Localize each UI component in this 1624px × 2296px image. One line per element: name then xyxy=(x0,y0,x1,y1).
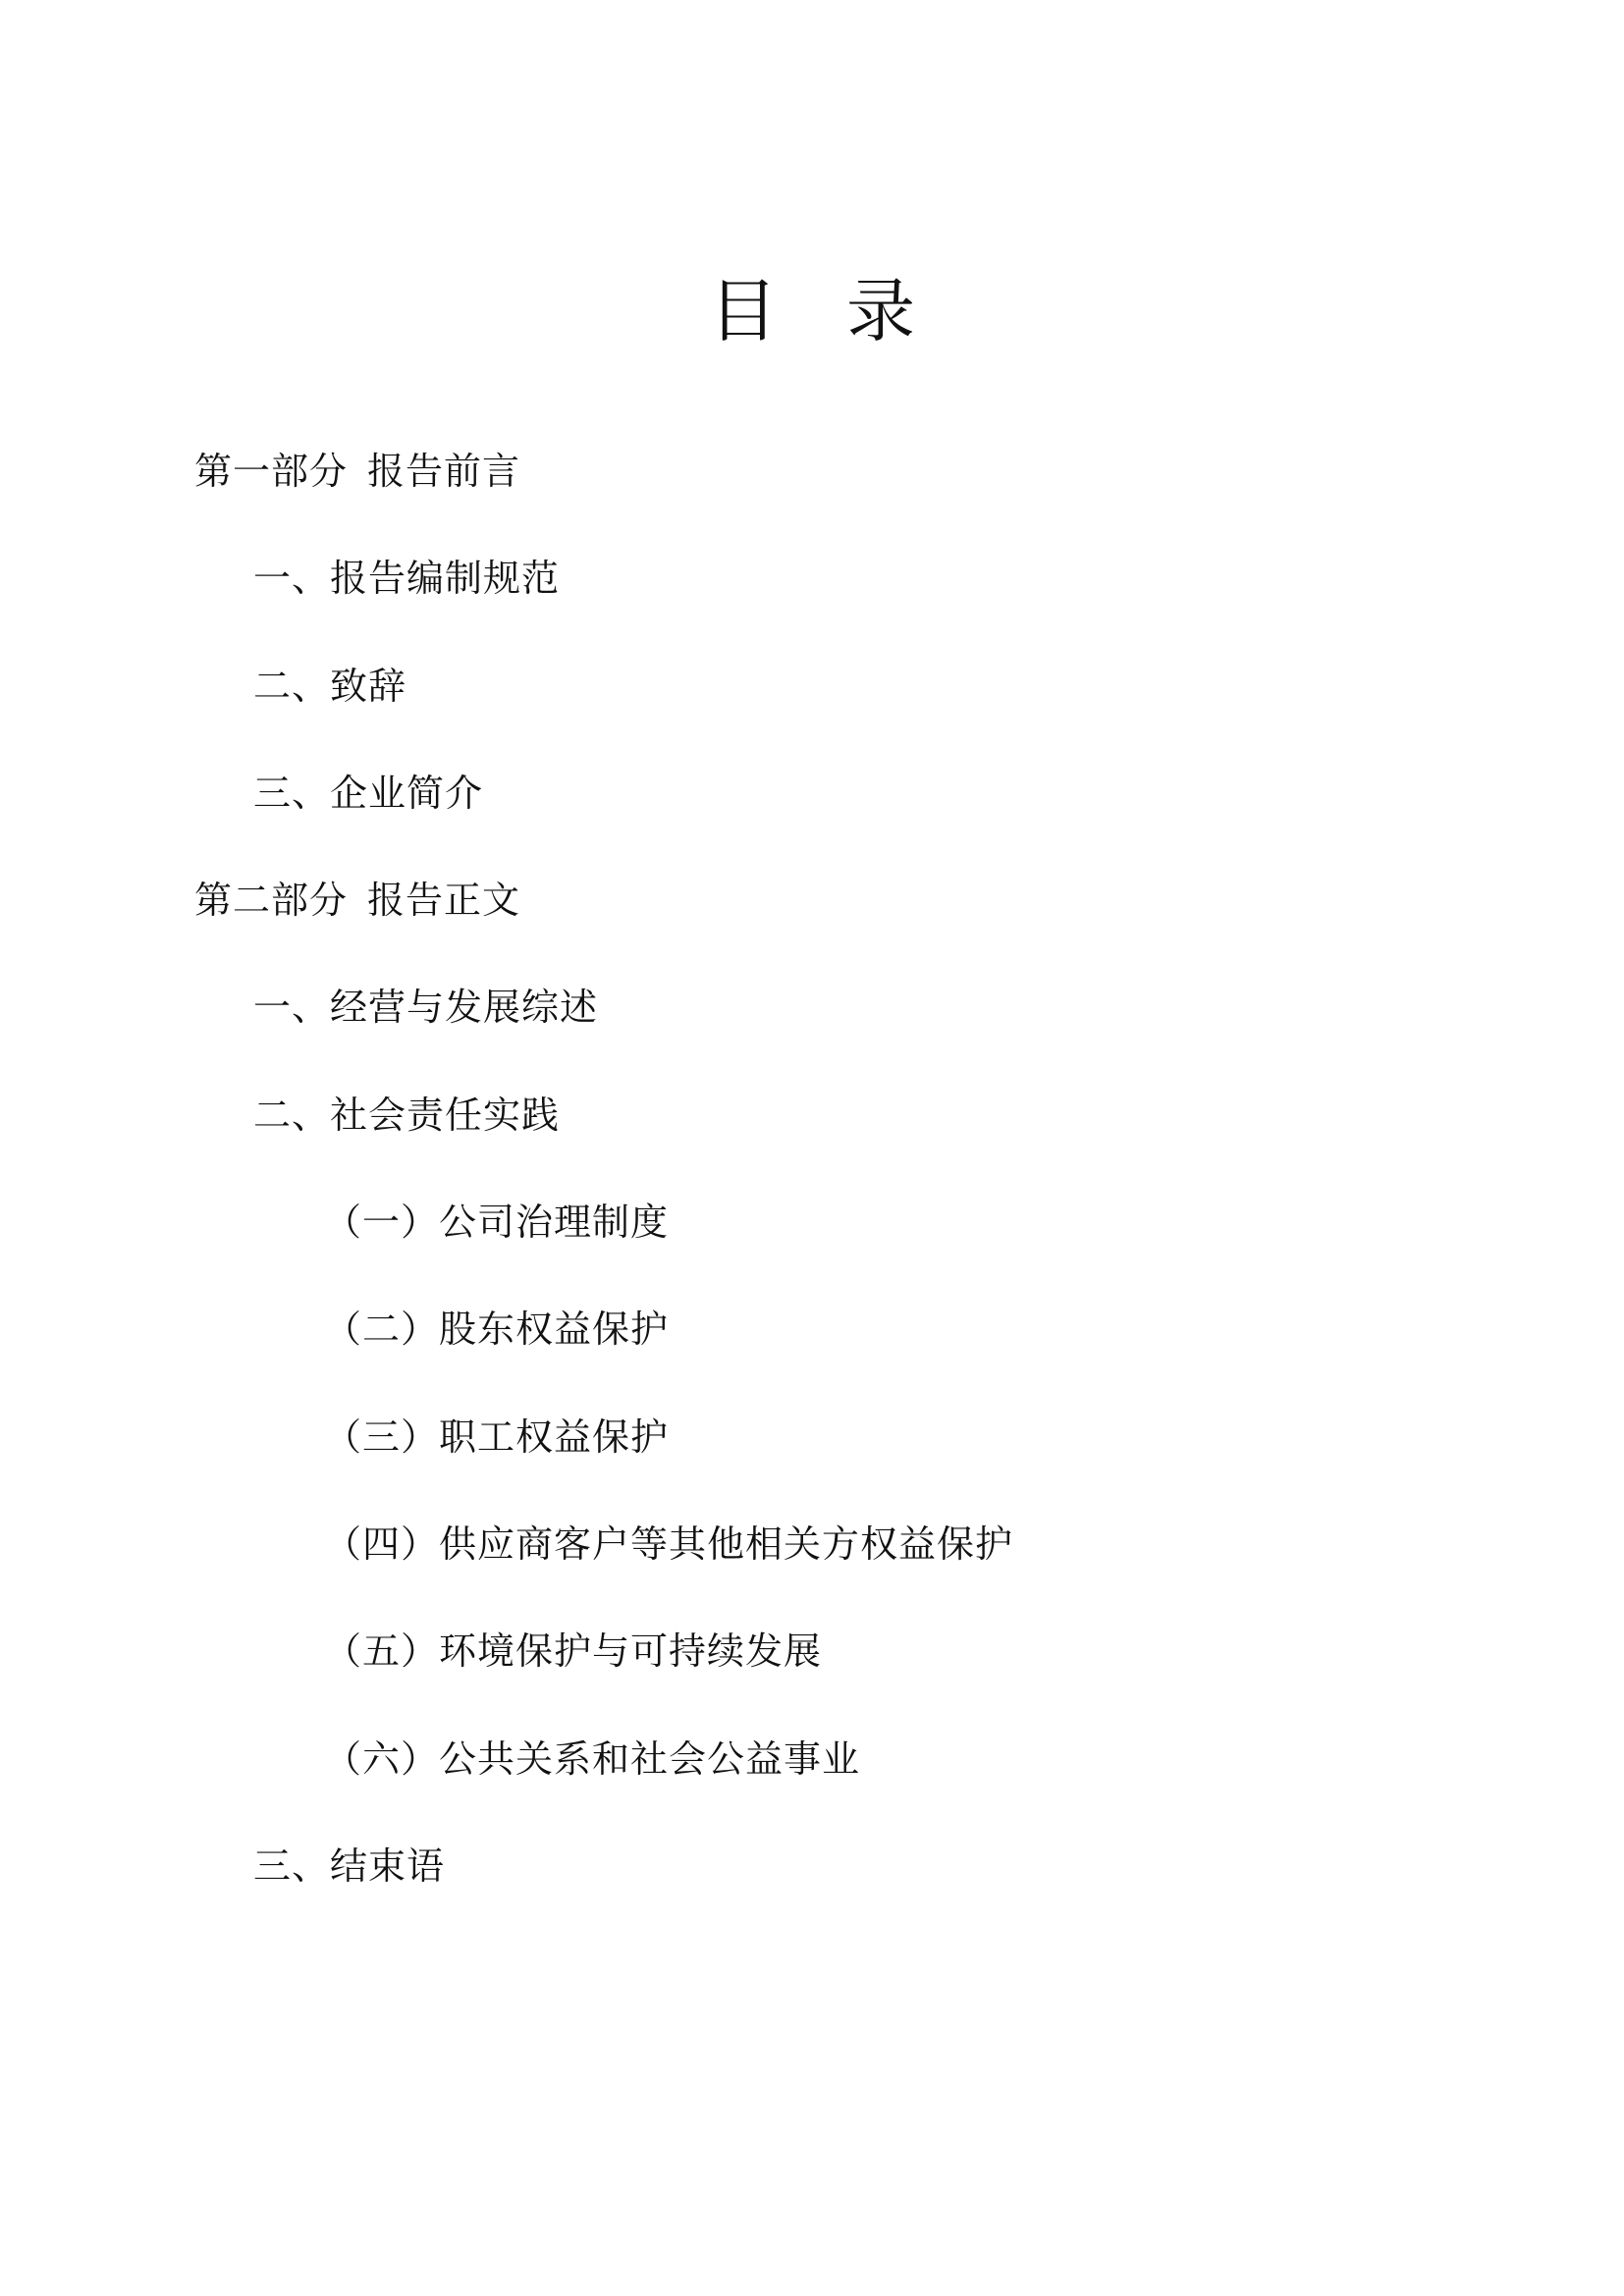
toc-prefix: （五） xyxy=(324,1629,439,1673)
toc-prefix: 二、 xyxy=(253,665,330,708)
toc-label: 社会责任实践 xyxy=(330,1094,560,1137)
toc-label: 环境保护与可持续发展 xyxy=(439,1629,822,1673)
toc-prefix: 三、 xyxy=(253,772,330,815)
toc-label: 企业简介 xyxy=(330,772,483,815)
toc-subsection-governance[interactable]: （一）公司治理制度 xyxy=(0,1195,1624,1302)
toc-label: 报告前言 xyxy=(367,450,520,493)
toc-prefix: （一） xyxy=(324,1201,439,1244)
toc-prefix: （二） xyxy=(324,1308,439,1351)
toc-section-company-profile[interactable]: 三、企业简介 xyxy=(0,766,1624,873)
toc-label: 公共关系和社会公益事业 xyxy=(439,1737,860,1781)
toc-part-1[interactable]: 第一部分报告前言 xyxy=(0,444,1624,551)
toc-subsection-employee-rights[interactable]: （三）职工权益保护 xyxy=(0,1410,1624,1517)
toc-prefix: （六） xyxy=(324,1737,439,1781)
toc-prefix: （四） xyxy=(324,1522,439,1566)
toc-section-address[interactable]: 二、致辞 xyxy=(0,659,1624,766)
toc-subsection-shareholder-rights[interactable]: （二）股东权益保护 xyxy=(0,1302,1624,1409)
toc-prefix: 第一部分 xyxy=(194,450,348,493)
toc-section-csr-practice[interactable]: 二、社会责任实践 xyxy=(0,1088,1624,1195)
table-of-contents: 第一部分报告前言 一、报告编制规范 二、致辞 三、企业简介 第二部分报告正文 一… xyxy=(0,444,1624,1946)
toc-prefix: 一、 xyxy=(253,557,330,600)
toc-label: 职工权益保护 xyxy=(439,1415,669,1459)
toc-label: 致辞 xyxy=(330,665,406,708)
toc-section-operations-overview[interactable]: 一、经营与发展综述 xyxy=(0,980,1624,1087)
toc-section-report-standards[interactable]: 一、报告编制规范 xyxy=(0,551,1624,658)
toc-label: 供应商客户等其他相关方权益保护 xyxy=(439,1522,1013,1566)
toc-label: 公司治理制度 xyxy=(439,1201,669,1244)
toc-prefix: （三） xyxy=(324,1415,439,1459)
toc-label: 股东权益保护 xyxy=(439,1308,669,1351)
toc-title: 目录 xyxy=(0,267,1624,355)
toc-label: 报告编制规范 xyxy=(330,557,560,600)
toc-label: 结束语 xyxy=(330,1844,445,1888)
toc-prefix: 一、 xyxy=(253,986,330,1029)
toc-label: 报告正文 xyxy=(367,879,520,922)
toc-subsection-stakeholder-rights[interactable]: （四）供应商客户等其他相关方权益保护 xyxy=(0,1517,1624,1624)
toc-title-char-1: 目 xyxy=(709,267,778,355)
toc-section-closing[interactable]: 三、结束语 xyxy=(0,1839,1624,1946)
document-page: 目录 第一部分报告前言 一、报告编制规范 二、致辞 三、企业简介 第二部分报告正… xyxy=(0,0,1624,2296)
toc-subsection-public-welfare[interactable]: （六）公共关系和社会公益事业 xyxy=(0,1732,1624,1839)
toc-title-char-2: 录 xyxy=(846,267,915,355)
toc-prefix: 第二部分 xyxy=(194,879,348,922)
toc-prefix: 三、 xyxy=(253,1844,330,1888)
toc-subsection-environment[interactable]: （五）环境保护与可持续发展 xyxy=(0,1624,1624,1731)
toc-part-2[interactable]: 第二部分报告正文 xyxy=(0,873,1624,980)
toc-prefix: 二、 xyxy=(253,1094,330,1137)
toc-label: 经营与发展综述 xyxy=(330,986,598,1029)
